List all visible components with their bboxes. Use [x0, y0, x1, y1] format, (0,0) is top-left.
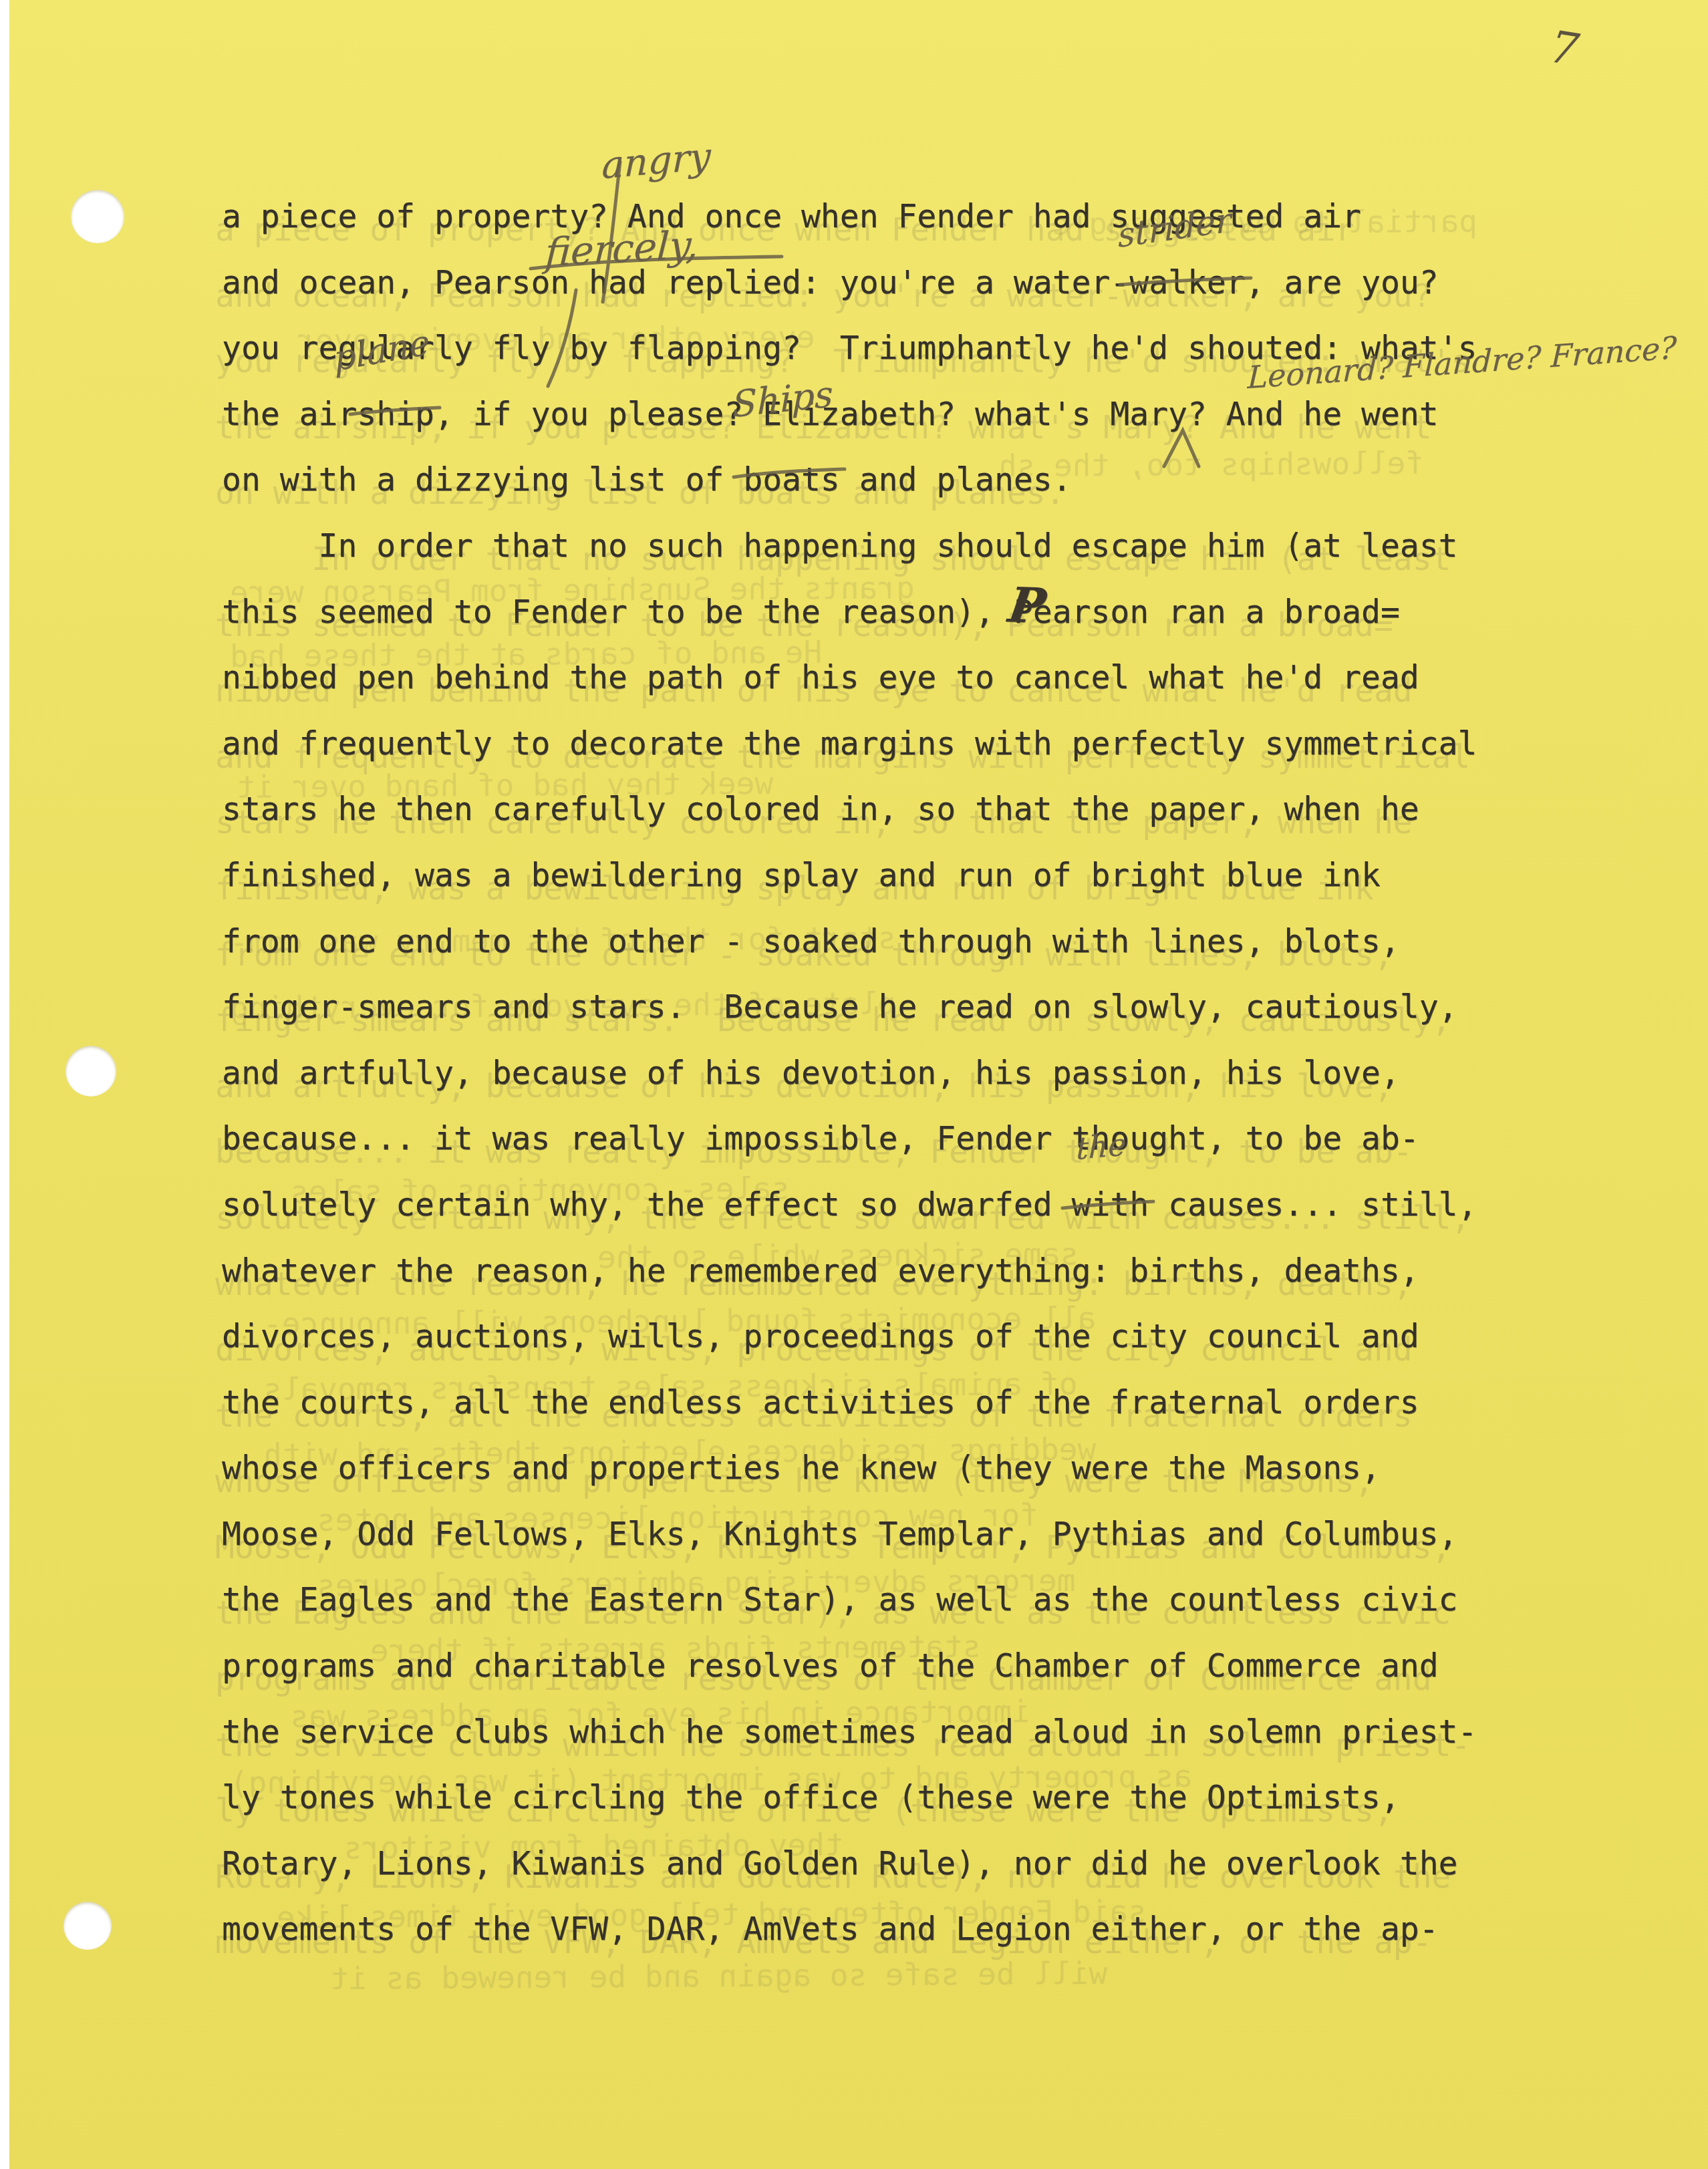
strike-walker — [1120, 278, 1251, 285]
pencil-marks — [9, 0, 1708, 2169]
strike-fiercely — [531, 257, 782, 269]
insertion-comma-mark — [548, 290, 576, 386]
insertion-caret-mark — [1164, 430, 1199, 466]
scanned-manuscript: { "page": { "number": "7", "paper_color"… — [0, 0, 1708, 2169]
strike-boats — [734, 469, 845, 477]
insertion-slash-mark — [603, 162, 620, 302]
manuscript-page: 7 partial to everything eevery other and… — [9, 0, 1708, 2169]
strike-with — [1062, 1201, 1153, 1208]
strike-ship — [350, 408, 440, 414]
